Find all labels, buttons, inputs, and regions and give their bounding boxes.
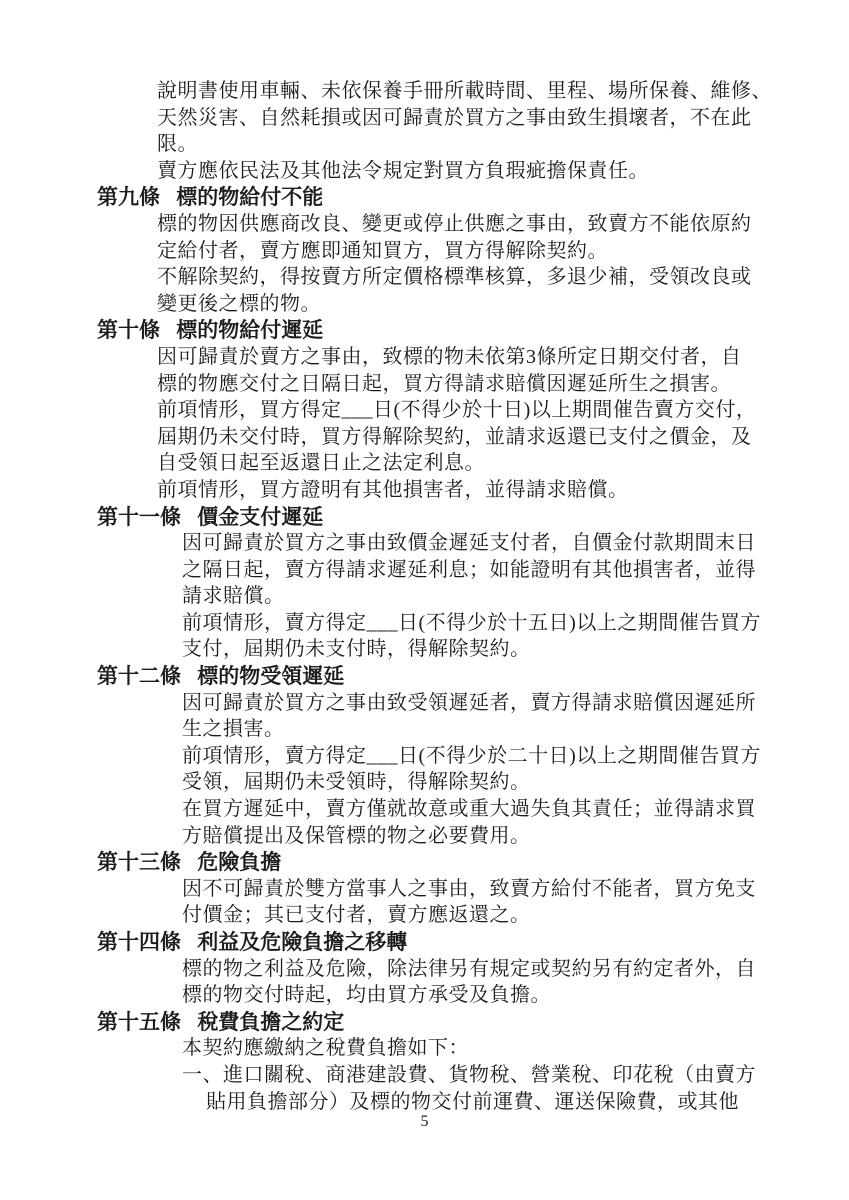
article-title: 標的物給付遲延 [176,317,323,344]
article-line: 標的物因供應商改良、變更或停止供應之事由，致賣方不能依原約 [0,211,849,238]
article-heading: 第十五條 稅費負擔之約定 [0,1009,849,1036]
article-line: 前項情形，買方證明有其他損害者，並得請求賠償。 [0,477,849,504]
article-line: 變更後之標的物。 [0,291,849,318]
continuation-line: 天然災害、自然耗損或因可歸責於買方之事由致生損壞者，不在此 [0,105,849,132]
article-line: 生之損害。 [0,716,849,743]
article-line: 受領，屆期仍未受領時，得解除契約。 [0,769,849,796]
article-number: 第十四條 [97,929,181,956]
article-section-13: 第十三條 危險負擔 因不可歸責於雙方當事人之事由，致賣方給付不能者，買方免支 付… [0,849,849,929]
article-section-14: 第十四條 利益及危險負擔之移轉 標的物之利益及危險，除法律另有規定或契約另有約定… [0,929,849,1009]
article-line: 支付，屆期仍未支付時，得解除契約。 [0,636,849,663]
article-line: 付價金；其已支付者，賣方應返還之。 [0,902,849,929]
article-line: 請求賠償。 [0,583,849,610]
continuation-line: 限。 [0,131,849,158]
article-line: 不解除契約，得按賣方所定價格標準核算，多退少補，受領改良或 [0,264,849,291]
article-list-item: 一、進口關稅、商港建設費、貨物稅、營業稅、印花稅（由賣方 [0,1062,849,1089]
article-section-10: 第十條 標的物給付遲延 因可歸責於賣方之事由，致標的物未依第3條所定日期交付者，… [0,317,849,503]
article-title: 危險負擔 [197,849,281,876]
article-number: 第十二條 [97,663,181,690]
continuation-paragraph: 說明書使用車輛、未依保養手冊所載時間、里程、場所保養、維修、 天然災害、自然耗損… [0,78,849,184]
continuation-line: 賣方應依民法及其他法令規定對買方負瑕疵擔保責任。 [0,158,849,185]
article-number: 第十條 [97,317,160,344]
continuation-line: 說明書使用車輛、未依保養手冊所載時間、里程、場所保養、維修、 [0,78,849,105]
article-line: 之隔日起，賣方得請求遲延利息；如能證明有其他損害者，並得 [0,557,849,584]
article-line: 本契約應繳納之稅費負擔如下： [0,1035,849,1062]
article-heading: 第十三條 危險負擔 [0,849,849,876]
article-heading: 第十四條 利益及危險負擔之移轉 [0,929,849,956]
article-line-with-blank: 前項情形，賣方得定___日(不得少於十五日)以上之期間催告買方 [0,610,849,637]
article-heading: 第十二條 標的物受領遲延 [0,663,849,690]
article-heading: 第十條 標的物給付遲延 [0,317,849,344]
article-section-12: 第十二條 標的物受領遲延 因可歸責於買方之事由致受領遲延者，賣方得請求賠償因遲延… [0,663,849,849]
article-section-11: 第十一條 價金支付遲延 因可歸責於買方之事由致價金遲延支付者，自價金付款期間末日… [0,504,849,664]
article-line: 方賠償提出及保管標的物之必要費用。 [0,823,849,850]
article-title: 價金支付遲延 [197,504,323,531]
article-title: 稅費負擔之約定 [197,1009,344,1036]
article-section-15: 第十五條 稅費負擔之約定 本契約應繳納之稅費負擔如下： 一、進口關稅、商港建設費… [0,1009,849,1115]
article-number: 第九條 [97,184,160,211]
article-title: 標的物受領遲延 [197,663,344,690]
article-number: 第十一條 [97,504,181,531]
article-heading: 第十一條 價金支付遲延 [0,504,849,531]
page-number: 5 [0,1112,849,1132]
article-line: 標的物之利益及危險，除法律另有規定或契約另有約定者外，自 [0,956,849,983]
document-page: 說明書使用車輛、未依保養手冊所載時間、里程、場所保養、維修、 天然災害、自然耗損… [0,0,849,1200]
article-line: 標的物交付時起，均由買方承受及負擔。 [0,982,849,1009]
article-line: 定給付者，賣方應即通知買方，買方得解除契約。 [0,238,849,265]
article-number: 第十五條 [97,1009,181,1036]
article-line: 因可歸責於買方之事由致價金遲延支付者，自價金付款期間末日 [0,530,849,557]
article-title: 利益及危險負擔之移轉 [197,929,407,956]
article-heading: 第九條 標的物給付不能 [0,184,849,211]
article-line-with-blank: 前項情形，買方得定___日(不得少於十日)以上期間催告賣方交付， [0,397,849,424]
article-line: 因可歸責於賣方之事由，致標的物未依第3條所定日期交付者，自 [0,344,849,371]
article-line: 因不可歸責於雙方當事人之事由，致賣方給付不能者，買方免支 [0,876,849,903]
article-line-with-blank: 前項情形，賣方得定___日(不得少於二十日)以上之期間催告買方 [0,743,849,770]
article-line: 屆期仍未交付時，買方得解除契約，並請求返還已支付之價金，及 [0,424,849,451]
article-number: 第十三條 [97,849,181,876]
article-line: 自受領日起至返還日止之法定利息。 [0,450,849,477]
article-line: 在買方遲延中，賣方僅就故意或重大過失負其責任；並得請求買 [0,796,849,823]
article-section-9: 第九條 標的物給付不能 標的物因供應商改良、變更或停止供應之事由，致賣方不能依原… [0,184,849,317]
document-content: 說明書使用車輛、未依保養手冊所載時間、里程、場所保養、維修、 天然災害、自然耗損… [0,78,849,1115]
article-line: 標的物應交付之日隔日起，買方得請求賠償因遲延所生之損害。 [0,371,849,398]
article-title: 標的物給付不能 [176,184,323,211]
article-line: 因可歸責於買方之事由致受領遲延者，賣方得請求賠償因遲延所 [0,690,849,717]
